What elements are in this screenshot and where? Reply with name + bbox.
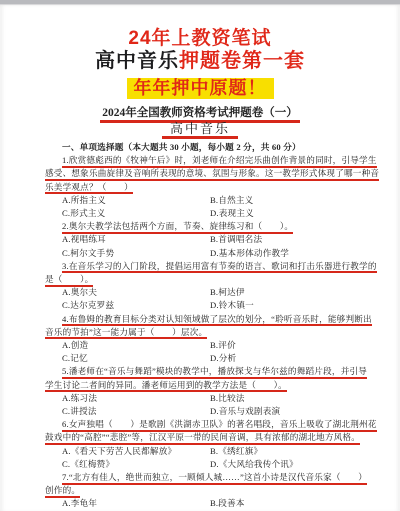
option-b: B.《绣红旗》 [210, 445, 360, 458]
question-7: 7.“北方有佳人，绝世而独立，一顾倾人城……”这首小诗是汉代音乐家（ ） 创作的… [45, 471, 360, 511]
exam-title: 2024年全国教师资格考试押题卷（一） [0, 106, 400, 121]
option-c: C.柯尔文手势 [62, 247, 210, 260]
question-line: 7.“北方有佳人，绝世而独立，一顾倾人城……”这首小诗是汉代音乐家（ ） [45, 471, 360, 484]
promo-banner: 24年上教资笔试 高中音乐押题卷第一套 年年押中原题！ [0, 5, 400, 99]
option-a: A.视唱练耳 [62, 233, 210, 246]
option-c: C.记忆 [62, 352, 210, 365]
question-4: 4.布鲁姆的教育目标分类对认知领域做了层次的划分，“聆听音乐时，能够判断出 音乐… [45, 313, 360, 366]
options-grid: A.奥尔夫 B.柯达伊 C.达尔克罗兹 D.铃木镇一 [45, 286, 360, 312]
section-heading: 一、单项选择题（本大题共 30 小题，每小题 2 分，共 60 分） [45, 141, 360, 154]
option-a: A.李龟年 [62, 497, 210, 510]
question-line: 学生讨论二者间的异同。潘老师运用到的教学方法是（ ）。 [45, 379, 360, 392]
question-6: 6.女声独唱（ ）是歌剧《洪湖赤卫队》的著名唱段，音乐上吸收了湖北荆州花 鼓戏中… [45, 418, 360, 471]
option-d: D.《大风给我传个讯》 [210, 458, 360, 471]
question-5: 5.潘老师在“音乐与舞蹈”模块的教学中，播放探戈与华尔兹的舞蹈片段，并引导 学生… [45, 365, 360, 418]
question-line: 感受、想象乐曲旋律及音响所表现的意境、氛围与形象。这一教学形式体现了哪一种音 [45, 167, 360, 180]
options-grid: A.创造 B.评价 C.记忆 D.分析 [45, 339, 360, 365]
option-d: D.基本形体动作教学 [210, 247, 360, 260]
banner-line3-wrap: 年年押中原题！ [0, 78, 400, 99]
option-a: A.《看天下劳苦人民都解放》 [62, 445, 210, 458]
exam-paper-sheet: 24年上教资笔试 高中音乐押题卷第一套 年年押中原题！ 2024年全国教师资格考… [0, 5, 400, 511]
question-line: 1.欣赏德彪西的《牧神午后》时，刘老师在介绍完乐曲创作背景的同时，引导学生 [45, 154, 360, 167]
question-line: 鼓戏中的“高腔”“悲腔”等，江汉平原一带的民间音调，具有浓郁的湖北地方风格。 [45, 431, 360, 444]
option-b: B.自然主义 [210, 194, 360, 207]
option-a: A.创造 [62, 339, 210, 352]
option-c: C.《红梅赞》 [62, 458, 210, 471]
banner-line2: 高中音乐押题卷第一套 [0, 49, 400, 73]
option-d: D.表现主义 [210, 207, 360, 220]
question-line: 4.布鲁姆的教育目标分类对认知领域做了层次的划分，“聆听音乐时，能够判断出 [45, 313, 360, 326]
question-line: 3.在音乐学习的入门阶段，提倡运用富有节奏的语言、歌词和打击乐器进行教学的 [45, 260, 360, 273]
option-b: B.段善本 [210, 497, 360, 510]
question-2: 2.奥尔夫教学法包括两个方面，节奏、旋律练习和（ ）。 A.视唱练耳 B.首调唱… [45, 220, 360, 260]
options-grid: A.李龟年 B.段善本 [45, 497, 360, 510]
exam-subtitle: 高中音乐 [0, 121, 400, 136]
banner-highlight: 年年押中原题！ [127, 78, 274, 99]
question-line: 6.女声独唱（ ）是歌剧《洪湖赤卫队》的著名唱段，音乐上吸收了湖北荆州花 [45, 418, 360, 431]
option-c: C.达尔克罗兹 [62, 299, 210, 312]
option-b: B.首调唱名法 [210, 233, 360, 246]
option-b: B.评价 [210, 339, 360, 352]
question-1: 1.欣赏德彪西的《牧神午后》时，刘老师在介绍完乐曲创作背景的同时，引导学生 感受… [45, 154, 360, 220]
option-b: B.比较法 [210, 392, 360, 405]
question-line: 2.奥尔夫教学法包括两个方面，节奏、旋律练习和（ ）。 [45, 220, 360, 233]
option-b: B.柯达伊 [210, 286, 360, 299]
option-d: D.铃木镇一 [210, 299, 360, 312]
option-a: A.练习法 [62, 392, 210, 405]
options-grid: A.《看天下劳苦人民都解放》 B.《绣红旗》 C.《红梅赞》 D.《大风给我传个… [45, 445, 360, 471]
option-a: A.奥尔夫 [62, 286, 210, 299]
options-grid: A.所指主义 B.自然主义 C.形式主义 D.表现主义 [45, 194, 360, 220]
options-grid: A.视唱练耳 B.首调唱名法 C.柯尔文手势 D.基本形体动作教学 [45, 233, 360, 259]
banner-line1: 24年上教资笔试 [0, 28, 400, 49]
exam-body: 一、单项选择题（本大题共 30 小题，每小题 2 分，共 60 分） 1.欣赏德… [0, 141, 400, 511]
question-line: 是（ ）。 [45, 273, 360, 286]
banner-line2-red: 押题卷第一套 [179, 50, 305, 72]
option-c: C.讲授法 [62, 405, 210, 418]
option-c: C.形式主义 [62, 207, 210, 220]
question-3: 3.在音乐学习的入门阶段，提倡运用富有节奏的语言、歌词和打击乐器进行教学的 是（… [45, 260, 360, 313]
option-d: D.分析 [210, 352, 360, 365]
banner-line2-black: 高中音乐 [95, 50, 179, 72]
question-line: 音乐的节拍”这一能力属于（ ）层次。 [45, 326, 360, 339]
question-line: 5.潘老师在“音乐与舞蹈”模块的教学中，播放探戈与华尔兹的舞蹈片段，并引导 [45, 365, 360, 378]
option-a: A.所指主义 [62, 194, 210, 207]
option-d: D.音乐与戏剧表演 [210, 405, 360, 418]
options-grid: A.练习法 B.比较法 C.讲授法 D.音乐与戏剧表演 [45, 392, 360, 418]
question-line: 创作的。 [45, 484, 360, 497]
question-line: 乐美学观点？（ ） [45, 181, 360, 194]
